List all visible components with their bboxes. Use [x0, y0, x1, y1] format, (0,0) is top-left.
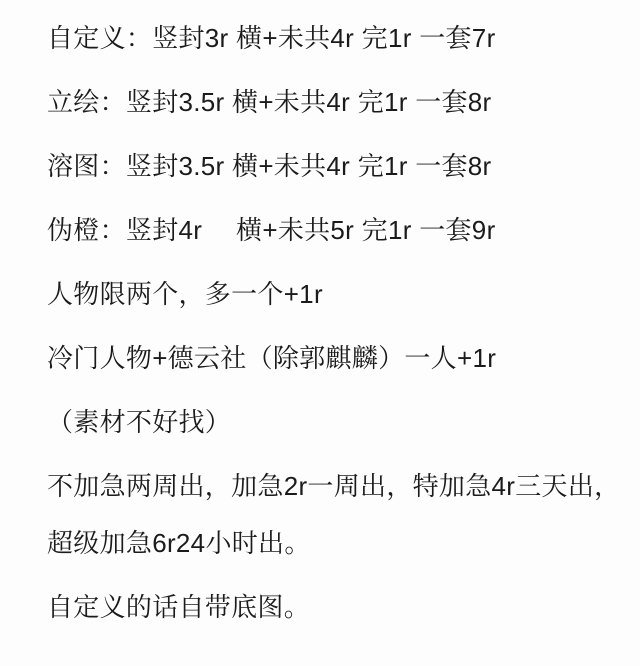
pricing-line-blend-image: 溶图：竖封3.5r 横+未共4r 完1r 一套8r	[47, 138, 632, 195]
rush-order-policy: 不加急两周出，加急2r一周出，特加急4r三天出， 超级加急6r24小时出。	[47, 458, 632, 572]
rule-unpopular-character-extra: 冷门人物+德云社（除郭麒麟）一人+1r	[47, 330, 632, 387]
note-materials-hard-to-find: （素材不好找）	[47, 394, 632, 451]
rule-character-limit: 人物限两个，多一个+1r	[47, 266, 632, 323]
pricing-line-custom: 自定义：竖封3r 横+未共4r 完1r 一套7r	[47, 10, 632, 67]
pricing-line-character-art: 立绘：竖封3.5r 横+未共4r 完1r 一套8r	[47, 74, 632, 131]
pricing-line-fake-orange: 伪橙：竖封4r 横+未共5r 完1r 一套9r	[47, 202, 632, 259]
note-custom-base-image: 自定义的话自带底图。	[47, 579, 632, 636]
price-list-page: 自定义：竖封3r 横+未共4r 完1r 一套7r 立绘：竖封3.5r 横+未共4…	[0, 0, 640, 666]
